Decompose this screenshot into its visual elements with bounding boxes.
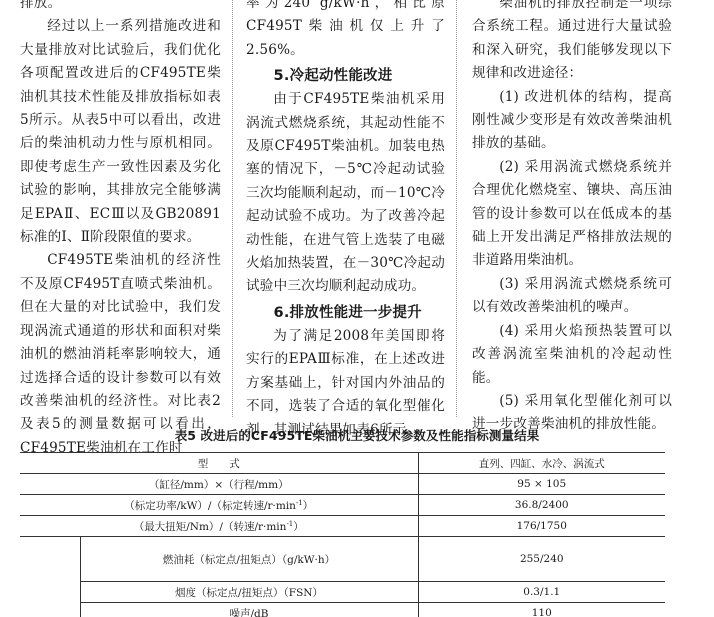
paragraph: 柴油机的排放控制是一项综合系统工程。通过进行大量试验和深入研究，我们能够发现以下… [472,0,672,86]
section-heading-cold-start: 5.冷起动性能改进 [246,64,445,88]
value-cell: 直列、四缸、水冷、涡流式 [418,453,665,474]
list-item: (4) 采用火焰预热装置可以改善涡流室柴油机的冷起动性能。 [472,320,672,390]
param-tail: ） [303,500,314,512]
section-heading-emission: 6.排放性能进一步提升 [246,301,445,325]
param-cell: （缸径/mm）×（行程/mm） [20,474,418,495]
column-divider [232,0,233,417]
value-cell: 110 [418,603,665,617]
table-row: （缸径/mm）×（行程/mm） 95 × 105 [20,474,665,495]
text-column-2: 率为240 g/kW·h，相比原CF495T柴油机仅上升了2.56%。 5.冷起… [246,0,445,442]
table-row: 型 式 直列、四缸、水冷、涡流式 [20,453,665,474]
list-item: (2) 采用涡流式燃烧系统并合理优化燃烧室、镶块、高压油管的设计参数可以在低成本… [472,156,672,273]
column-divider [456,0,457,417]
param-cell: （标定功率/kW）/（标定转速/r·min-1） [20,495,418,516]
param-cell: 烟度（标定点/扭矩点）（FSN） [80,582,418,603]
value-cell: 255/240 [418,537,665,582]
table-row: 噪声/dB 110 [20,603,665,617]
param-superscript: -1 [296,499,303,507]
param-cell: 噪声/dB [80,603,418,617]
param-cell: 燃油耗（标定点/扭矩点）（g/kW·h） [80,537,418,582]
value-cell: 176/1750 [418,516,665,537]
value-cell: 95 × 105 [418,474,665,495]
paragraph: 排放。 [20,0,221,15]
list-item: (3) 采用涡流式燃烧系统可以有效改善柴油机的噪声。 [472,273,672,320]
paragraph: 为了满足2008年美国即将实行的EPAⅢ标准，在上述改进方案基础上，针对国内外油… [246,325,445,442]
list-item: (1) 改进机体的结构，提高刚性减少变形是有效改善柴油机排放的基础。 [472,86,672,156]
param-text: （标定功率/kW）/（标定转速/r·min [124,500,296,512]
param-text: （最大扭矩/Nm）/（转速/r·min [134,521,287,533]
table-caption: 表5 改进后的CF495TE柴油机主要技术参数及性能指标测量结果 [0,426,714,444]
paragraph: 经过以上一系列措施改进和大量排放对比试验后，我们优化各项配置改进后的CF495T… [20,15,221,249]
text-column-1: 排放。 经过以上一系列措施改进和大量排放对比试验后，我们优化各项配置改进后的CF… [20,0,221,460]
value-cell: 0.3/1.1 [418,582,665,603]
param-cell: 型 式 [20,453,418,474]
table-row: （最大扭矩/Nm）/（转速/r·min-1） 176/1750 [20,516,665,537]
param-cell: （最大扭矩/Nm）/（转速/r·min-1） [20,516,418,537]
paragraph: 率为240 g/kW·h，相比原CF495T柴油机仅上升了2.56%。 [246,0,445,62]
table-row: 燃油耗（标定点/扭矩点）（g/kW·h） 255/240 [20,537,665,582]
value-cell: 36.8/2400 [418,495,665,516]
table-row: （标定功率/kW）/（标定转速/r·min-1） 36.8/2400 [20,495,665,516]
table-row: 烟度（标定点/扭矩点）（FSN） 0.3/1.1 [20,582,665,603]
group-header-cell [20,537,80,617]
spec-table: 型 式 直列、四缸、水冷、涡流式 （缸径/mm）×（行程/mm） 95 × 10… [20,452,665,617]
param-tail: ） [293,521,304,533]
paragraph: 由于CF495TE柴油机采用涡流式燃烧系统，其起动性能不及原CF495T柴油机。… [246,88,445,299]
text-column-3: 柴油机的排放控制是一项综合系统工程。通过进行大量试验和深入研究，我们能够发现以下… [472,0,672,437]
